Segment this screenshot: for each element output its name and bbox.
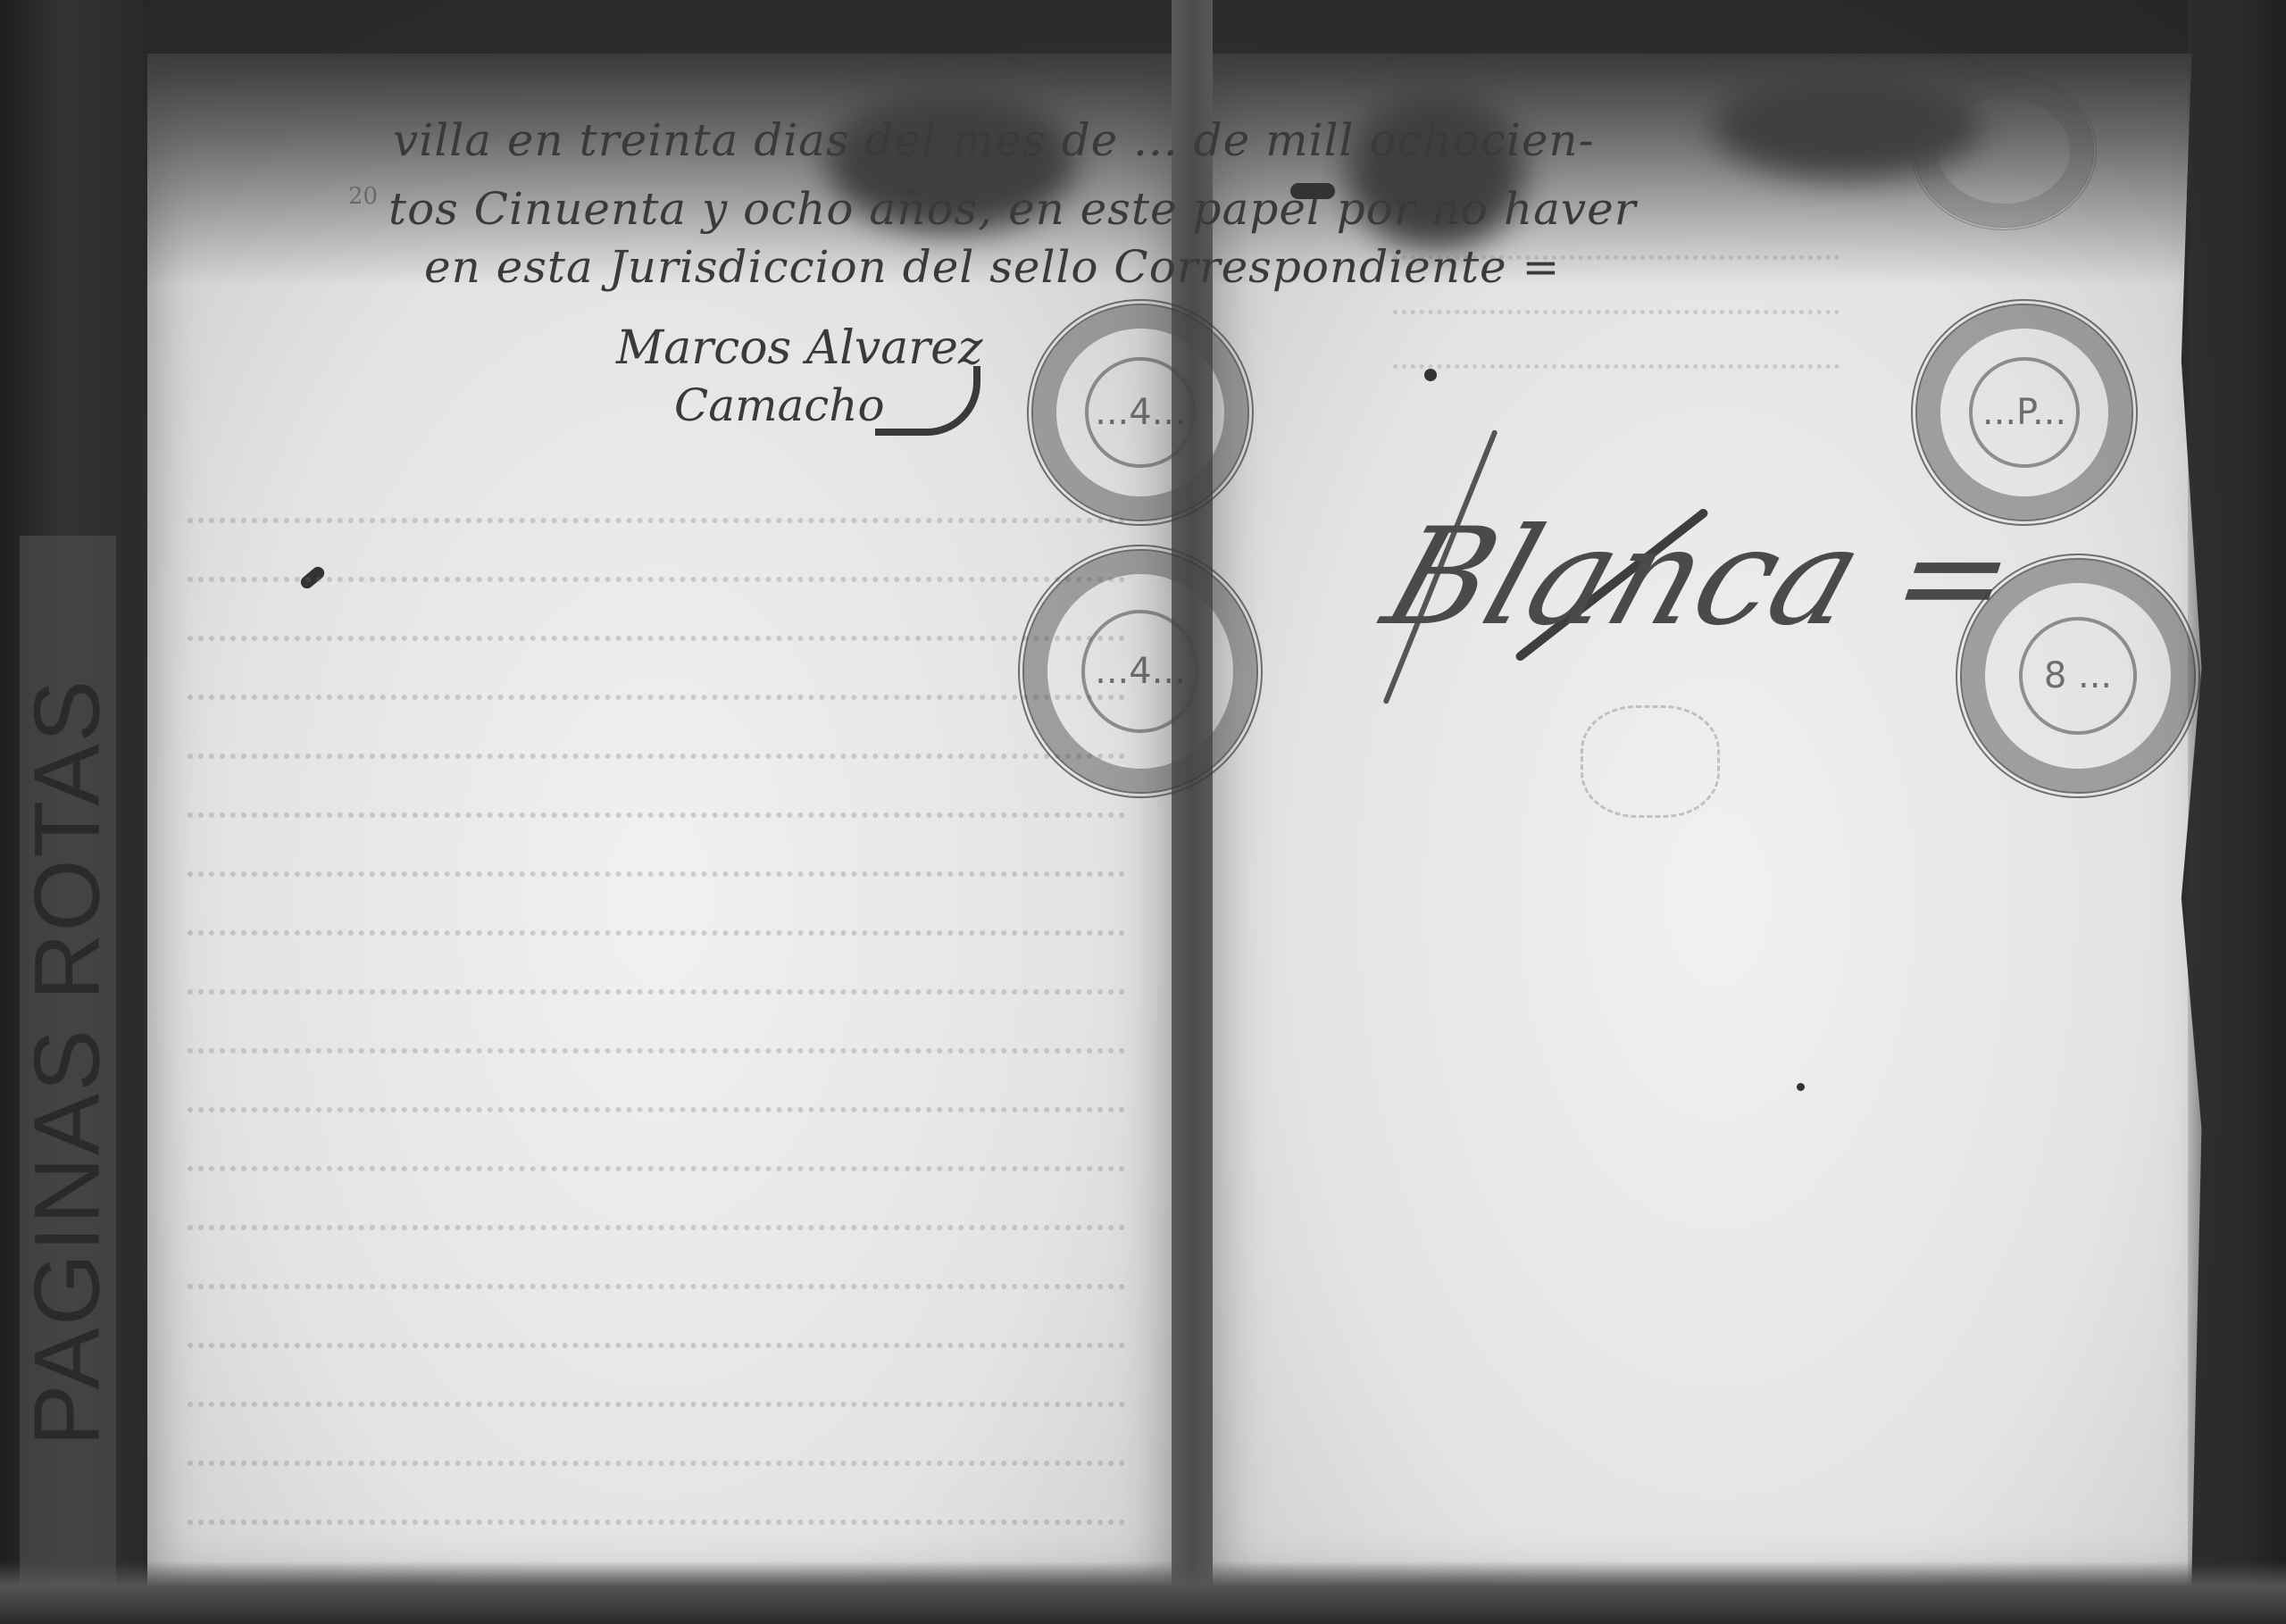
faded-body-text	[188, 464, 1125, 1525]
faint-seal-top	[1911, 71, 2097, 230]
tax-seal-left-lower: ...4...	[1018, 545, 1263, 798]
left-margin-strip: PAGINAS ROTAS	[0, 0, 143, 1624]
ink-dot	[1424, 369, 1437, 381]
faint-stamp	[1581, 705, 1720, 818]
ink-dot	[1797, 1083, 1805, 1091]
tax-seal-right-lower: 8 ...	[1956, 554, 2200, 798]
ink-spot	[1290, 183, 1335, 199]
tax-seal-right-upper: ...P...	[1911, 299, 2138, 526]
closing-line-1: villa en treinta dias del mes de ... de …	[393, 114, 1595, 166]
closing-line-3: en esta Jurisdiccion del sello Correspon…	[424, 241, 1560, 293]
seal-center: ...4...	[1085, 357, 1195, 467]
seal-center: ...4...	[1081, 610, 1200, 733]
margin-number: 20	[348, 183, 378, 210]
right-scan-edge	[2188, 0, 2286, 1624]
bottom-scan-edge	[0, 1562, 2286, 1624]
faded-right-text	[1393, 205, 1840, 369]
side-label: PAGINAS ROTAS	[15, 679, 121, 1446]
signature-surname: Camacho	[674, 379, 885, 431]
blank-page-annotation: Blanca =	[1368, 500, 2036, 655]
tax-seal-left-upper: ...4...	[1027, 299, 1254, 526]
seal-center: ...P...	[1969, 357, 2079, 467]
seal-center: 8 ...	[2019, 617, 2138, 736]
